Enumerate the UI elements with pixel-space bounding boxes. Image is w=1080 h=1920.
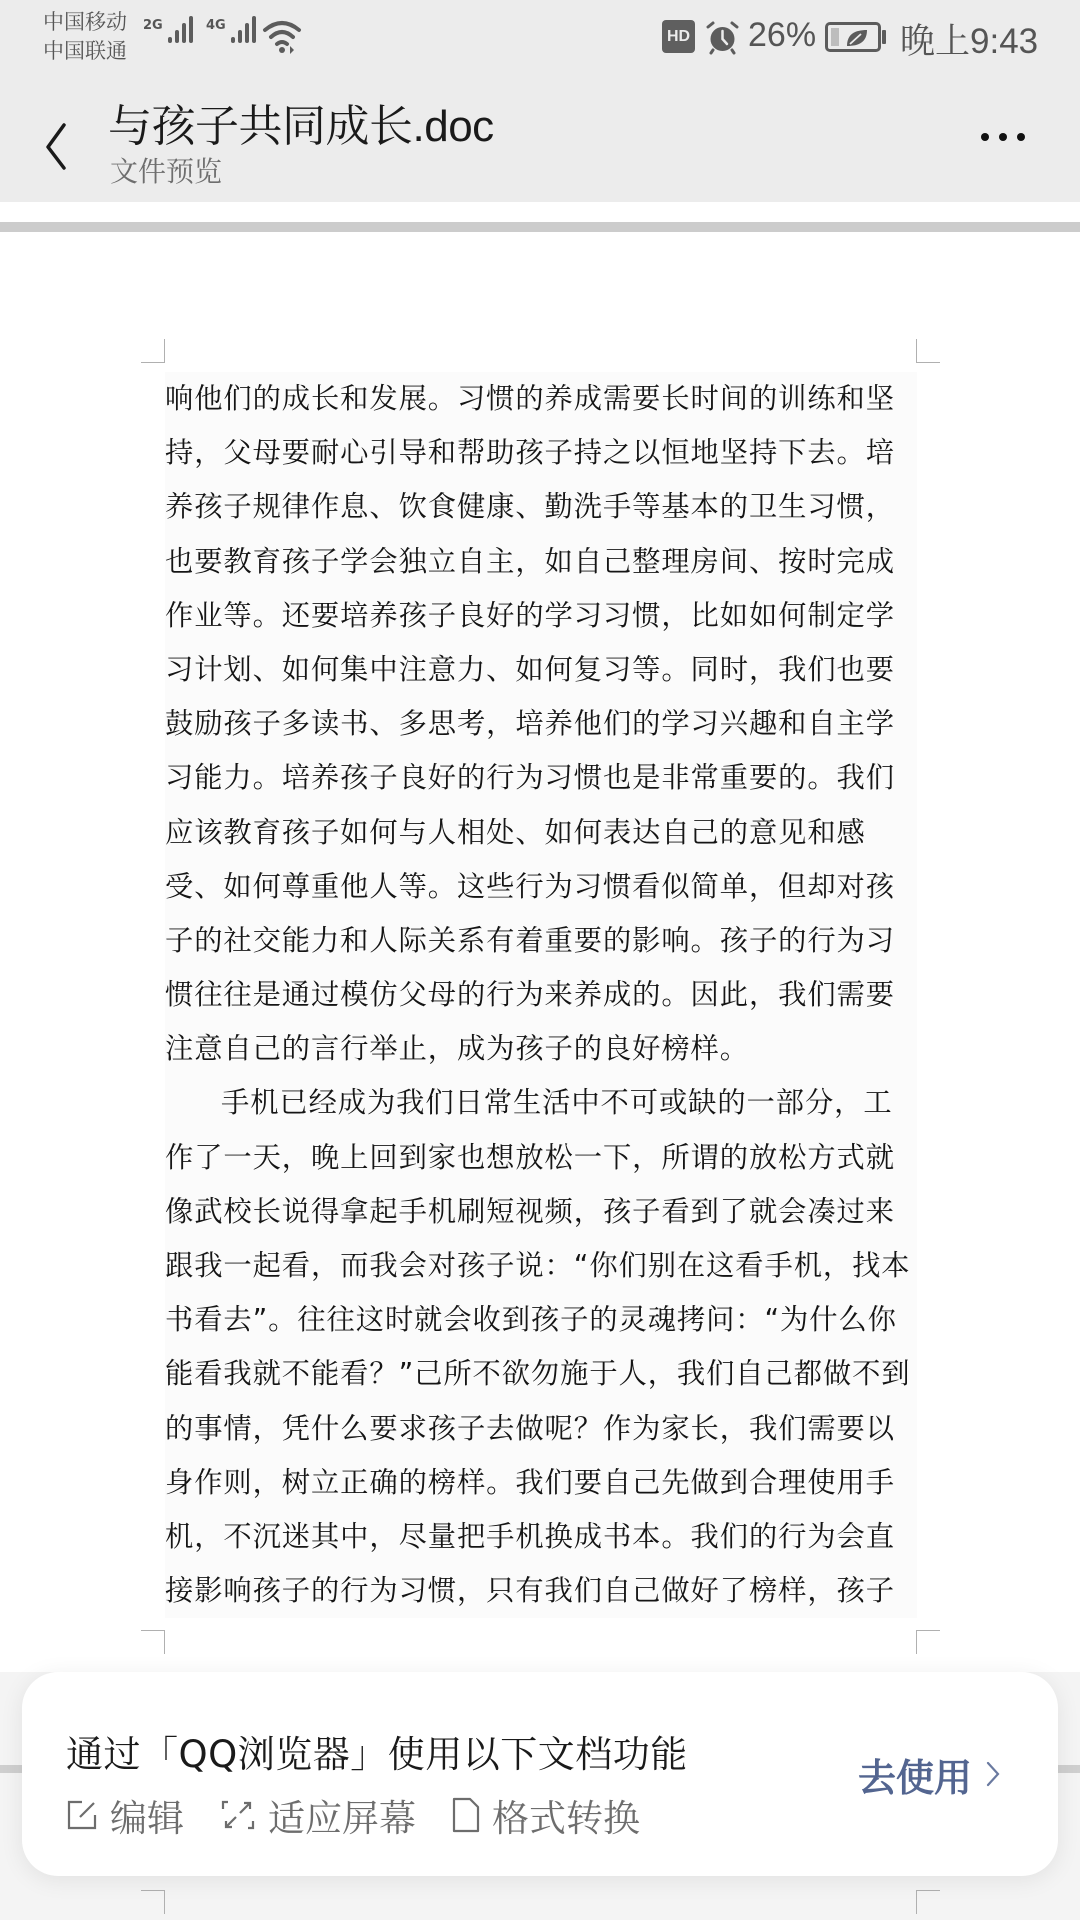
back-button[interactable]: [36, 110, 76, 170]
page-corner-mark: [141, 339, 165, 363]
fit-screen-icon: [220, 1799, 256, 1831]
feature-fit-screen[interactable]: 适应屏幕: [220, 1788, 416, 1842]
document-text: 响他们的成长和发展。习惯的养成需要长时间的训练和坚 持，父母要耐心引导和帮助孩子…: [165, 372, 917, 1618]
text-line: 书看去”。往往这时就会收到孩子的灵魂拷问：“为什么你: [165, 1293, 917, 1347]
page-corner-mark: [916, 1890, 940, 1914]
clock: 晚上9:43: [900, 14, 1038, 64]
text-line: 应该教育孩子如何与人相处、如何表达自己的意见和感: [165, 806, 917, 860]
text-line: 子的社交能力和人际关系有着重要的影响。孩子的行为习: [165, 914, 917, 968]
document-subtitle: 文件预览: [110, 150, 222, 190]
hd-icon: HD: [662, 20, 695, 53]
feature-fit-screen-label: 适应屏幕: [268, 1788, 416, 1842]
feature-format-convert-label: 格式转换: [492, 1788, 640, 1842]
text-line: 接影响孩子的行为习惯，只有我们自己做好了榜样，孩子: [165, 1564, 917, 1618]
text-line: 养孩子规律作息、饮食健康、勤洗手等基本的卫生习惯，: [165, 480, 917, 534]
status-bar: 中国移动 中国联通 2G 4G HD 26% 晚上9:43: [0, 0, 1080, 80]
page-corner-mark: [141, 1890, 165, 1914]
text-line: 受、如何尊重他人等。这些行为习惯看似简单，但却对孩: [165, 860, 917, 914]
app-header: 与孩子共同成长.doc 文件预览: [0, 80, 1080, 202]
file-icon: [452, 1797, 480, 1833]
text-line: 也要教育孩子学会独立自主，如自己整理房间、按时完成: [165, 535, 917, 589]
text-line: 能看我就不能看？”己所不欲勿施于人，我们自己都做不到: [165, 1347, 917, 1401]
text-line: 鼓励孩子多读书、多思考，培养他们的学习兴趣和自主学: [165, 697, 917, 751]
text-line: 身作则，树立正确的榜样。我们要自己先做到合理使用手: [165, 1456, 917, 1510]
text-line-paragraph-start: 手机已经成为我们日常生活中不可或缺的一部分，工: [165, 1076, 917, 1130]
document-title: 与孩子共同成长.doc: [108, 90, 494, 154]
text-line: 跟我一起看，而我会对孩子说：“你们别在这看手机，找本: [165, 1239, 917, 1293]
edit-icon: [66, 1799, 98, 1831]
promo-title: 通过「QQ浏览器」使用以下文档功能: [66, 1724, 688, 1778]
header-divider: [0, 222, 1080, 232]
feature-format-convert[interactable]: 格式转换: [452, 1788, 640, 1842]
more-horizontal-icon: [981, 133, 989, 141]
document-page: 响他们的成长和发展。习惯的养成需要长时间的训练和坚 持，父母要耐心引导和帮助孩子…: [0, 232, 1080, 1672]
text-line: 像武校长说得拿起手机刷短视频，孩子看到了就会凑过来: [165, 1185, 917, 1239]
text-line: 的事情，凭什么要求孩子去做呢？作为家长，我们需要以: [165, 1402, 917, 1456]
battery-icon: [825, 22, 881, 52]
carrier-2: 中国联通: [43, 37, 127, 66]
page-corner-mark: [141, 1630, 165, 1654]
go-use-button[interactable]: 去使用: [858, 1744, 1000, 1804]
document-viewer[interactable]: 响他们的成长和发展。习惯的养成需要长时间的训练和坚 持，父母要耐心引导和帮助孩子…: [0, 232, 1080, 1920]
feature-edit-label: 编辑: [110, 1788, 184, 1842]
carrier-1: 中国移动: [43, 8, 127, 37]
signal-2g-icon: 2G: [143, 16, 193, 43]
signal-4g-icon: 4G: [206, 16, 256, 43]
text-line: 机，不沉迷其中，尽量把手机换成书本。我们的行为会直: [165, 1510, 917, 1564]
page-corner-mark: [916, 339, 940, 363]
alarm-icon: [705, 20, 740, 55]
chevron-left-icon: [36, 110, 76, 170]
text-line: 习计划、如何集中注意力、如何复习等。同时，我们也要: [165, 643, 917, 697]
text-line: 作了一天，晚上回到家也想放松一下，所谓的放松方式就: [165, 1131, 917, 1185]
power-saving-leaf-icon: [845, 28, 869, 48]
qq-browser-promo-card: 通过「QQ浏览器」使用以下文档功能 编辑 适应屏幕 格式转换 去使用: [22, 1672, 1058, 1876]
battery-tip: [882, 30, 886, 44]
text-line: 响他们的成长和发展。习惯的养成需要长时间的训练和坚: [165, 372, 917, 426]
battery-percent: 26%: [748, 16, 816, 55]
text-line: 惯往往是通过模仿父母的行为来养成的。因此，我们需要: [165, 968, 917, 1022]
carrier-names: 中国移动 中国联通: [43, 8, 127, 66]
feature-edit[interactable]: 编辑: [66, 1788, 184, 1842]
go-use-label: 去使用: [858, 1747, 972, 1802]
page-corner-mark: [916, 1630, 940, 1654]
text-line: 作业等。还要培养孩子良好的学习习惯，比如如何制定学: [165, 589, 917, 643]
wifi-icon: [262, 18, 302, 54]
chevron-right-icon: [986, 1761, 1000, 1787]
promo-features: 编辑 适应屏幕 格式转换: [66, 1788, 676, 1842]
header-gap: [0, 202, 1080, 222]
text-line: 注意自己的言行举止，成为孩子的良好榜样。: [165, 1022, 917, 1076]
text-line: 持，父母要耐心引导和帮助孩子持之以恒地坚持下去。培: [165, 426, 917, 480]
text-line: 习能力。培养孩子良好的行为习惯也是非常重要的。我们: [165, 751, 917, 805]
more-options-button[interactable]: [968, 102, 1038, 172]
